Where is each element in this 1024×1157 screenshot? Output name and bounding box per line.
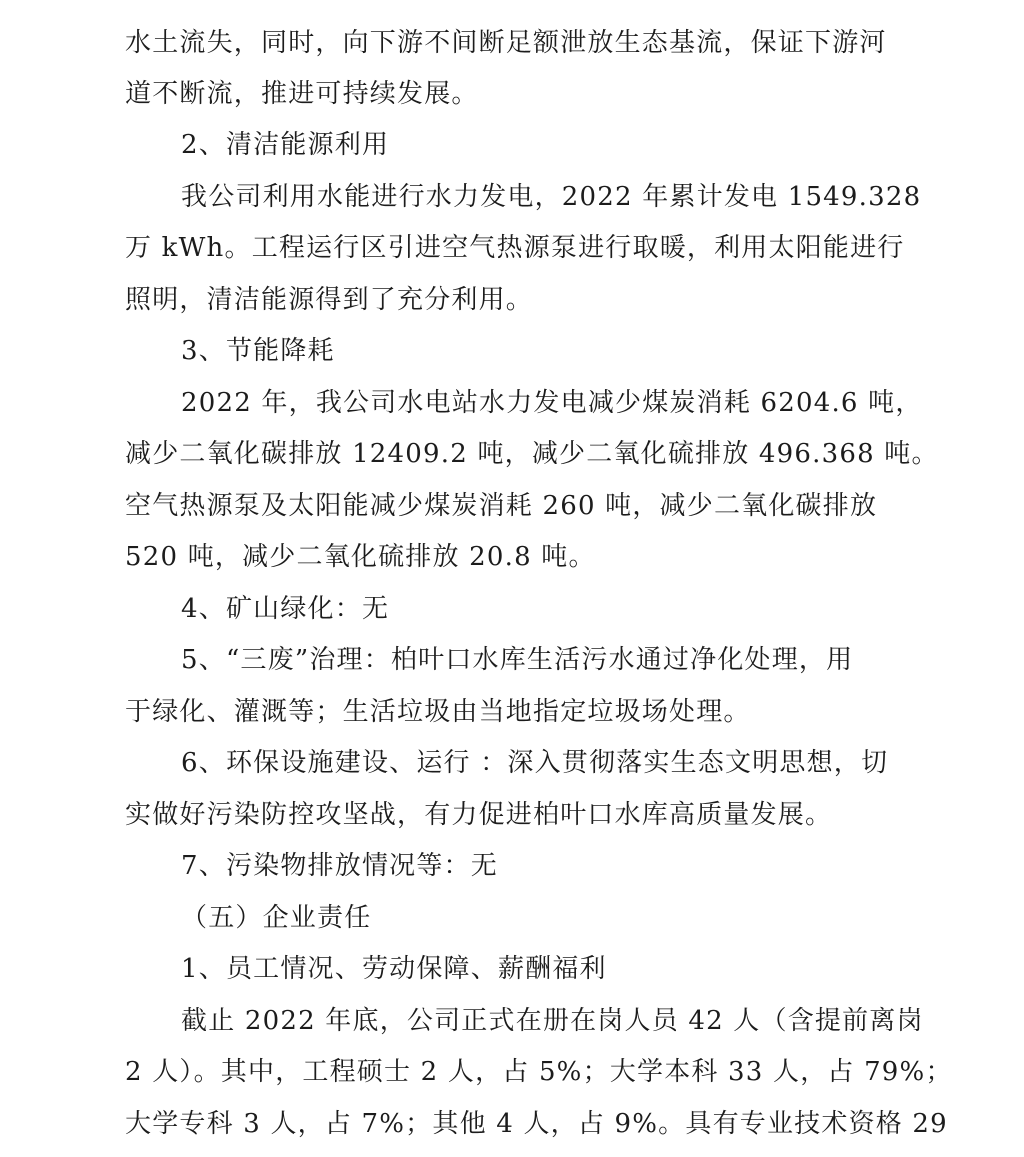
paragraph-line: 5、“三废”治理：柏叶口水库生活污水通过净化处理，用 [181, 643, 853, 677]
paragraph-line: 空气热源泵及太阳能减少煤炭消耗 260 吨，减少二氧化碳排放 [125, 489, 877, 523]
paragraph-line: 520 吨，减少二氧化硫排放 20.8 吨。 [125, 540, 596, 574]
paragraph-line: 大学专科 3 人，占 7%；其他 4 人，占 9%。具有专业技术资格 29 [125, 1107, 948, 1141]
paragraph-line: 照明，清洁能源得到了充分利用。 [125, 283, 533, 317]
paragraph-line: 我公司利用水能进行水力发电，2022 年累计发电 1549.328 [181, 180, 921, 214]
paragraph-line: 于绿化、灌溉等；生活垃圾由当地指定垃圾场处理。 [125, 695, 751, 729]
section-heading: 1、员工情况、劳动保障、薪酬福利 [181, 952, 607, 986]
section-heading: 7、污染物排放情况等：无 [181, 849, 498, 883]
chapter-heading: （五）企业责任 [181, 901, 371, 935]
paragraph-line: 水土流失，同时，向下游不间断足额泄放生态基流，保证下游河 [125, 26, 887, 60]
paragraph-line: 实做好污染防控攻坚战，有力促进柏叶口水库高质量发展。 [125, 798, 832, 832]
paragraph-line: 道不断流，推进可持续发展。 [125, 77, 479, 111]
paragraph-line: 截止 2022 年底，公司正式在册在岗人员 42 人（含提前离岗 [181, 1004, 924, 1038]
paragraph-line: 减少二氧化碳排放 12409.2 吨，减少二氧化硫排放 496.368 吨。 [125, 437, 939, 471]
document-page: 水土流失，同时，向下游不间断足额泄放生态基流，保证下游河 道不断流，推进可持续发… [0, 0, 1024, 1157]
paragraph-line: 万 kWh。工程运行区引进空气热源泵进行取暖，利用太阳能进行 [125, 231, 905, 265]
section-heading: 4、矿山绿化：无 [181, 592, 389, 626]
paragraph-line: 2022 年，我公司水电站水力发电减少煤炭消耗 6204.6 吨， [181, 386, 923, 420]
paragraph-line: 6、环保设施建设、运行 ：深入贯彻落实生态文明思想，切 [181, 746, 888, 780]
section-heading: 3、节能降耗 [181, 334, 335, 368]
section-heading: 2、清洁能源利用 [181, 128, 389, 162]
paragraph-line: 2 人）。其中，工程硕士 2 人，占 5%；大学本科 33 人，占 79%； [125, 1055, 953, 1089]
